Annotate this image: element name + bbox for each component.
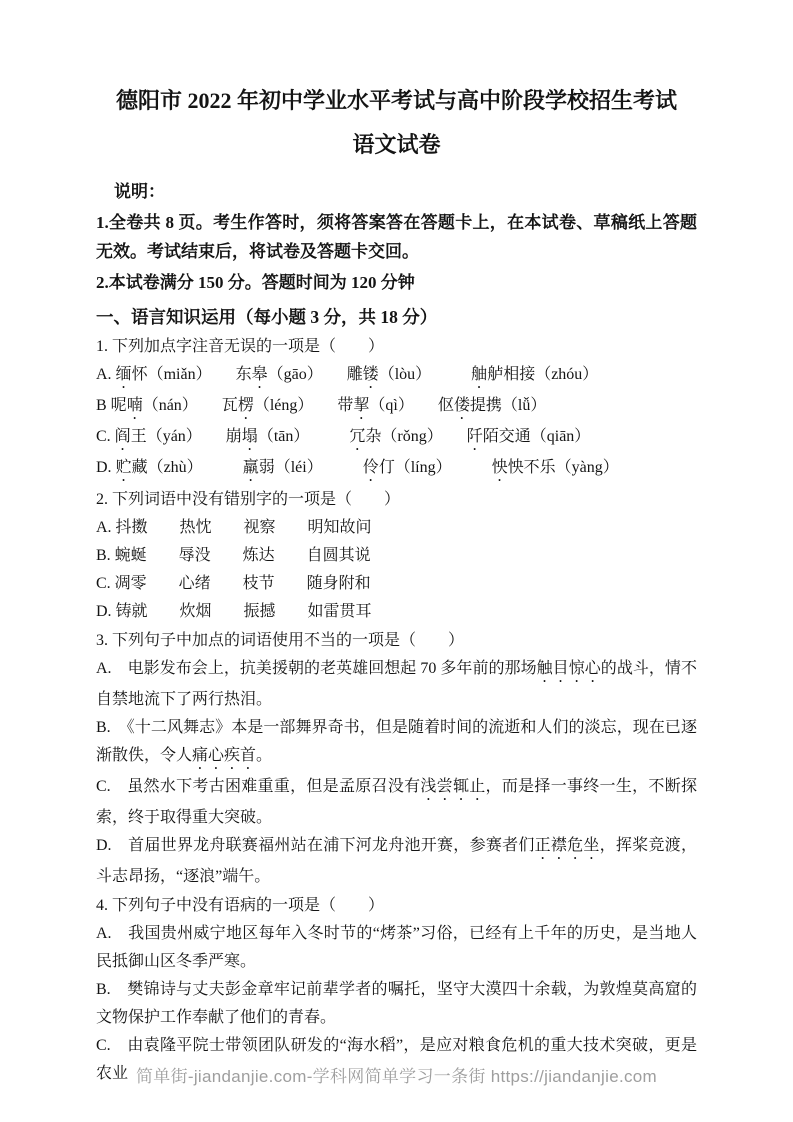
question-2-stem: 2. 下列词语中没有错别字的一项是（ ）	[96, 486, 697, 514]
emphasized-text: 皋	[252, 366, 268, 383]
text-segment: 提携（lǚ）	[470, 397, 546, 414]
question-2-option-b: B. 蜿蜒 辱没 炼达 自圆其说	[96, 542, 697, 570]
text-segment: D. 铸就 炊烟 振撼 如雷贯耳	[96, 603, 372, 620]
question-2-option-c: C. 凋零 心绪 枝节 随身附和	[96, 570, 697, 598]
question-3-option-a: A. 电影发布会上，抗美援朝的老英雄回想起 70 多年前的那场触目惊心的战斗，情…	[96, 655, 697, 714]
emphasized-text: 镂	[363, 366, 379, 383]
text-segment: C. 凋零 心绪 枝节 随身附和	[96, 575, 371, 592]
text-segment: C.	[96, 428, 115, 445]
text-segment: 杂（rǒng）	[365, 428, 466, 445]
text-segment: B. 蜿蜒 辱没 炼达 自圆其说	[96, 547, 371, 564]
emphasized-text: 冗	[349, 428, 365, 445]
emphasized-text: 楞	[238, 397, 254, 414]
text-segment: B. 《十二风舞志》本是一部舞界奇书，但是随着时间的流逝和人们的淡忘，现在已逐渐…	[96, 719, 697, 764]
emphasized-text: 触目惊心	[537, 660, 601, 677]
emphasized-text: 贮	[116, 459, 132, 476]
text-segment: D.	[96, 459, 116, 476]
exam-paper-page: 德阳市 2022 年初中学业水平考试与高中阶段学校招生考试 语文试卷 说明： 1…	[0, 0, 793, 1088]
emphasized-text: 喃	[127, 397, 143, 414]
question-1-option-c: C. 阎王（yán） 崩塌（tān） 冗杂（rǒng） 阡陌交通（qiān）	[96, 423, 697, 454]
emphasized-text: 正襟危坐	[535, 837, 600, 854]
text-segment: A. 我国贵州威宁地区每年入冬时节的“烤茶”习俗，已经有上千年的历史，是当地人民…	[96, 925, 697, 970]
paper-title-line1: 德阳市 2022 年初中学业水平考试与高中阶段学校招生考试	[96, 86, 697, 116]
question-2-option-a: A. 抖擞 热忱 视察 明知故问	[96, 514, 697, 542]
question-3-option-c: C. 虽然水下考古困难重重，但是孟原召没有浅尝辄止，而是择一事终一生，不断探索，…	[96, 773, 697, 832]
section-1-title: 一、语言知识运用（每小题 3 分，共 18 分）	[96, 302, 697, 332]
question-3-stem: 3. 下列句子中加点的词语使用不当的一项是（ ）	[96, 627, 697, 655]
text-segment: A. 抖擞 热忱 视察 明知故问	[96, 519, 372, 536]
text-segment: 怀（miǎn） 东	[132, 366, 252, 383]
question-2: 2. 下列词语中没有错别字的一项是（ ） A. 抖擞 热忱 视察 明知故问 B.…	[96, 486, 697, 626]
emphasized-text: 偻	[454, 397, 470, 414]
text-segment: B. 樊锦诗与丈夫彭金章牢记前辈学者的嘱托，坚守大漠四十余载，为敦煌莫高窟的文物…	[96, 981, 697, 1026]
emphasized-text: 浅尝辄止	[420, 778, 485, 795]
text-segment: A.	[96, 366, 116, 383]
emphasized-text: 痛心疾首	[192, 747, 256, 764]
question-4-option-a: A. 我国贵州威宁地区每年入冬时节的“烤茶”习俗，已经有上千年的历史，是当地人民…	[96, 920, 697, 976]
emphasized-text: 舳	[471, 366, 487, 383]
text-segment: （lòu）	[379, 366, 471, 383]
emphasized-text: 阎	[115, 428, 131, 445]
question-2-option-d: D. 铸就 炊烟 振撼 如雷贯耳	[96, 598, 697, 626]
emphasized-text: 塌	[242, 428, 258, 445]
question-1-option-b: B 呢喃（nán） 瓦楞（léng） 带挈（qì） 伛偻提携（lǚ）	[96, 392, 697, 423]
question-1-stem: 1. 下列加点字注音无误的一项是（ ）	[96, 333, 697, 361]
note-1: 1.全卷共 8 页。考生作答时，须将答案答在答题卡上，在本试卷、草稿纸上答题无效…	[96, 208, 697, 266]
question-4: 4. 下列句子中没有语病的一项是（ ） A. 我国贵州威宁地区每年入冬时节的“烤…	[96, 892, 697, 1088]
emphasized-text: 伶	[363, 459, 379, 476]
question-1-option-a: A. 缅怀（miǎn） 东皋（gāo） 雕镂（lòu） 舳舻相接（zhóu）	[96, 361, 697, 392]
text-segment: （qì） 伛	[369, 397, 453, 414]
paper-title-line2: 语文试卷	[96, 130, 697, 160]
question-1: 1. 下列加点字注音无误的一项是（ ） A. 缅怀（miǎn） 东皋（gāo） …	[96, 333, 697, 485]
text-segment: 仃（líng）	[379, 459, 492, 476]
text-segment: （tān）	[258, 428, 350, 445]
notes-heading: 说明：	[96, 178, 697, 206]
question-3-option-d: D. 首届世界龙舟联赛福州站在浦下河龙舟池开赛，参赛者们正襟危坐，挥桨竞渡，斗志…	[96, 832, 697, 891]
text-segment: （léng） 带	[254, 397, 354, 414]
text-segment: 弱（léi）	[259, 459, 363, 476]
emphasized-text: 阡	[467, 428, 483, 445]
emphasized-text: 怏	[492, 459, 508, 476]
text-segment: A. 电影发布会上，抗美援朝的老英雄回想起 70 多年前的那场	[96, 660, 537, 677]
question-4-stem: 4. 下列句子中没有语病的一项是（ ）	[96, 892, 697, 920]
question-3: 3. 下列句子中加点的词语使用不当的一项是（ ） A. 电影发布会上，抗美援朝的…	[96, 627, 697, 891]
text-segment: （gāo） 雕	[268, 366, 363, 383]
footer-watermark-text: 简单街-jiandanjie.com-学科网简单学习一条街 https://ji…	[136, 1067, 657, 1086]
question-3-option-b: B. 《十二风舞志》本是一部舞界奇书，但是随着时间的流逝和人们的淡忘，现在已逐渐…	[96, 714, 697, 773]
text-segment: 。	[256, 747, 272, 764]
text-segment: 藏（zhù）	[132, 459, 243, 476]
text-segment: （nán） 瓦	[143, 397, 238, 414]
text-segment: B 呢	[96, 397, 127, 414]
emphasized-text: 缅	[116, 366, 132, 383]
question-4-option-b: B. 樊锦诗与丈夫彭金章牢记前辈学者的嘱托，坚守大漠四十余载，为敦煌莫高窟的文物…	[96, 976, 697, 1032]
footer-watermark: 简单街-jiandanjie.com-学科网简单学习一条街 https://ji…	[0, 1062, 793, 1087]
emphasized-text: 羸	[243, 459, 259, 476]
text-segment: C. 虽然水下考古困难重重，但是孟原召没有	[96, 778, 420, 795]
text-segment: D. 首届世界龙舟联赛福州站在浦下河龙舟池开赛，参赛者们	[96, 837, 535, 854]
note-2: 2.本试卷满分 150 分。答题时间为 120 分钟	[96, 268, 697, 297]
text-segment: 陌交通（qiān）	[483, 428, 591, 445]
text-segment: 舻相接（zhóu）	[487, 366, 598, 383]
emphasized-text: 挈	[353, 397, 369, 414]
question-1-option-d: D. 贮藏（zhù） 羸弱（léi） 伶仃（líng） 怏怏不乐（yàng）	[96, 454, 697, 485]
text-segment: 王（yán） 崩	[131, 428, 242, 445]
text-segment: 怏不乐（yàng）	[508, 459, 619, 476]
